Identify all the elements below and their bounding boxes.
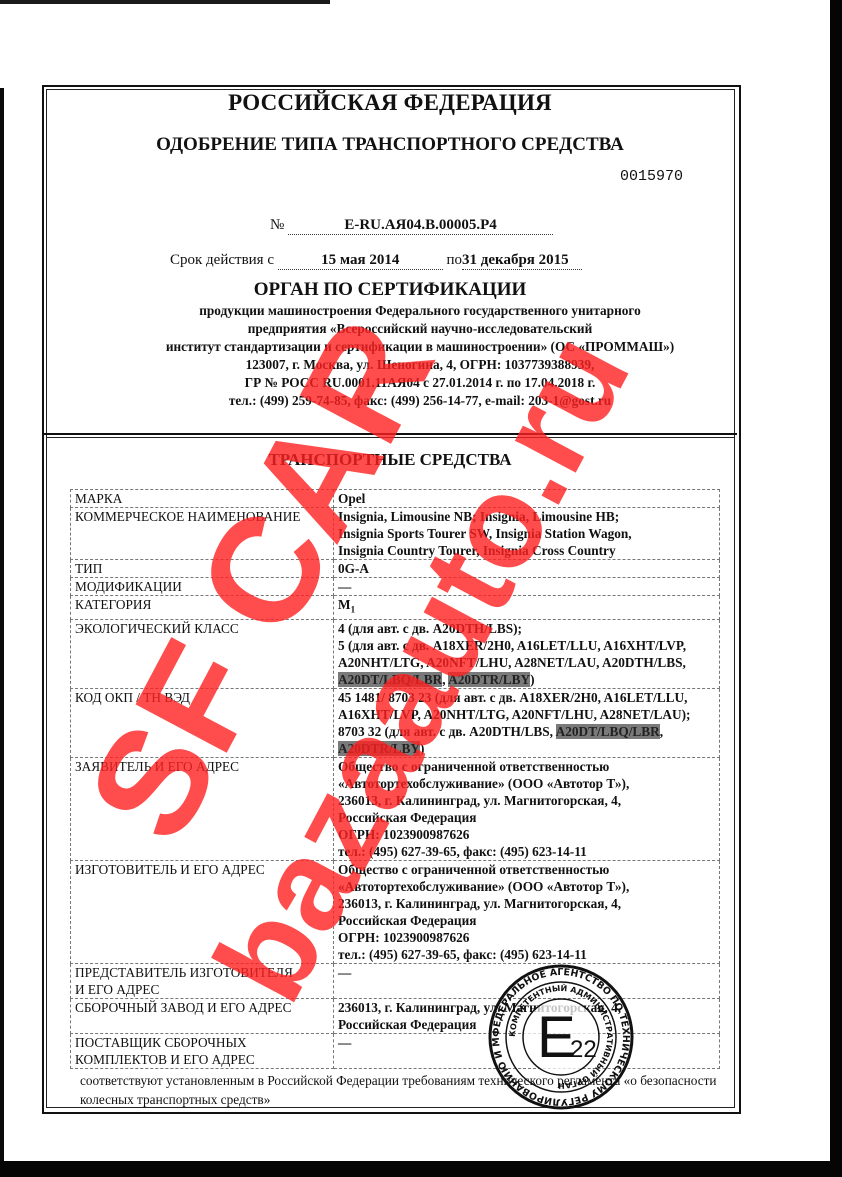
redacted-engine: A20DTR/LBY: [338, 741, 420, 756]
e22-stamp-icon: ФЕДЕРАЛЬНОЕ АГЕНТСТВО ПО ТЕХНИЧЕСКОМУ РЕ…: [486, 962, 636, 1112]
scan-edge-left: [0, 88, 4, 1177]
svg-text:22: 22: [570, 1036, 597, 1063]
scan-edge-top: [0, 0, 330, 4]
row-label: МОДИФИКАЦИИ: [71, 578, 334, 596]
table-row: МАРКА Opel: [71, 490, 720, 508]
number-sign: №: [270, 217, 284, 234]
row-value: 45 1481/ 8703 23 (для авт. с дв. A18XER/…: [334, 688, 720, 757]
document-title: ОДОБРЕНИЕ ТИПА ТРАНСПОРТНОГО СРЕДСТВА: [60, 134, 720, 156]
organ-line: институт стандартизации и сертификации в…: [70, 338, 770, 356]
compliance-statement: соответствуют установленным в Российской…: [80, 1071, 790, 1109]
row-label: КОД ОКП / ТН ВЭД: [71, 688, 334, 757]
valid-from: 15 мая 2014: [278, 252, 443, 270]
row-label: ЭКОЛОГИЧЕСКИЙ КЛАСС: [71, 619, 334, 688]
row-value: Opel: [334, 490, 720, 508]
table-row: ЭКОЛОГИЧЕСКИЙ КЛАСС 4 (для авт. с дв. A2…: [71, 619, 720, 688]
redacted-engine: A20DT/LBQ/LBR: [338, 672, 442, 687]
section-divider-inner: [47, 437, 734, 438]
row-label: ИЗГОТОВИТЕЛЬ И ЕГО АДРЕС: [71, 860, 334, 963]
organ-line: тел.: (499) 259-74-85, факс: (499) 256-1…: [70, 392, 770, 410]
row-label: ПОСТАВЩИК СБОРОЧНЫХКОМПЛЕКТОВ И ЕГО АДРЕ…: [71, 1033, 334, 1068]
table-row: КОММЕРЧЕСКОЕ НАИМЕНОВАНИЕ Insignia, Limo…: [71, 508, 720, 560]
redacted-engine: A20DTR/LBY: [448, 672, 530, 687]
row-label: КОММЕРЧЕСКОЕ НАИМЕНОВАНИЕ: [71, 508, 334, 560]
organ-line: ГР № РОСС RU.0001.11АЯ04 с 27.01.2014 г.…: [70, 374, 770, 392]
table-row: МОДИФИКАЦИИ —: [71, 578, 720, 596]
table-row: ТИП 0G-A: [71, 560, 720, 578]
approval-number-line: № E-RU.АЯ04.В.00005.Р4: [270, 217, 553, 235]
table-row: ИЗГОТОВИТЕЛЬ И ЕГО АДРЕС Общество с огра…: [71, 860, 720, 963]
valid-to: 31 декабря 2015: [462, 252, 582, 270]
row-value: 4 (для авт. с дв. A20DTH/LBS); 5 (для ав…: [334, 619, 720, 688]
organ-details: продукции машиностроения Федерального го…: [70, 302, 770, 410]
redacted-engine: A20DT/LBQ/LBR: [556, 724, 660, 739]
vehicles-title: ТРАНСПОРТНЫЕ СРЕДСТВА: [60, 450, 720, 470]
table-row: КАТЕГОРИЯ M1: [71, 596, 720, 620]
serial-number: 0015970: [620, 168, 683, 185]
row-label: МАРКА: [71, 490, 334, 508]
table-row: КОД ОКП / ТН ВЭД 45 1481/ 8703 23 (для а…: [71, 688, 720, 757]
row-label: ЗАЯВИТЕЛЬ И ЕГО АДРЕС: [71, 757, 334, 860]
row-label: ПРЕДСТАВИТЕЛЬ ИЗГОТОВИТЕЛЯИ ЕГО АДРЕС: [71, 963, 334, 998]
row-label: СБОРОЧНЫЙ ЗАВОД И ЕГО АДРЕС: [71, 998, 334, 1033]
row-label: КАТЕГОРИЯ: [71, 596, 334, 620]
row-value: Общество с ограниченной ответственностью…: [334, 860, 720, 963]
validity-to-prefix: по: [447, 252, 463, 268]
organ-line: продукции машиностроения Федерального го…: [70, 302, 770, 320]
row-value: 0G-A: [334, 560, 720, 578]
row-value: Insignia, Limousine NB; Insignia, Limous…: [334, 508, 720, 560]
table-row: ЗАЯВИТЕЛЬ И ЕГО АДРЕС Общество с огранич…: [71, 757, 720, 860]
organ-line: 123007, г. Москва, ул. Шеногина, 4, ОГРН…: [70, 356, 770, 374]
organ-title: ОРГАН ПО СЕРТИФИКАЦИИ: [60, 279, 720, 301]
validity-line: Срок действия с 15 мая 2014 по31 декабря…: [170, 252, 582, 270]
scan-edge-bottom: [0, 1161, 842, 1177]
organ-line: предприятия «Всероссийский научно-исслед…: [70, 320, 770, 338]
approval-number: E-RU.АЯ04.В.00005.Р4: [288, 217, 553, 235]
row-value: M1: [334, 596, 720, 620]
section-divider: [44, 433, 737, 435]
validity-prefix: Срок действия с: [170, 252, 274, 268]
row-label: ТИП: [71, 560, 334, 578]
row-value: —: [334, 578, 720, 596]
scan-edge-right: [830, 0, 842, 1177]
row-value: Общество с ограниченной ответственностью…: [334, 757, 720, 860]
country-title: РОССИЙСКАЯ ФЕДЕРАЦИЯ: [60, 90, 720, 116]
